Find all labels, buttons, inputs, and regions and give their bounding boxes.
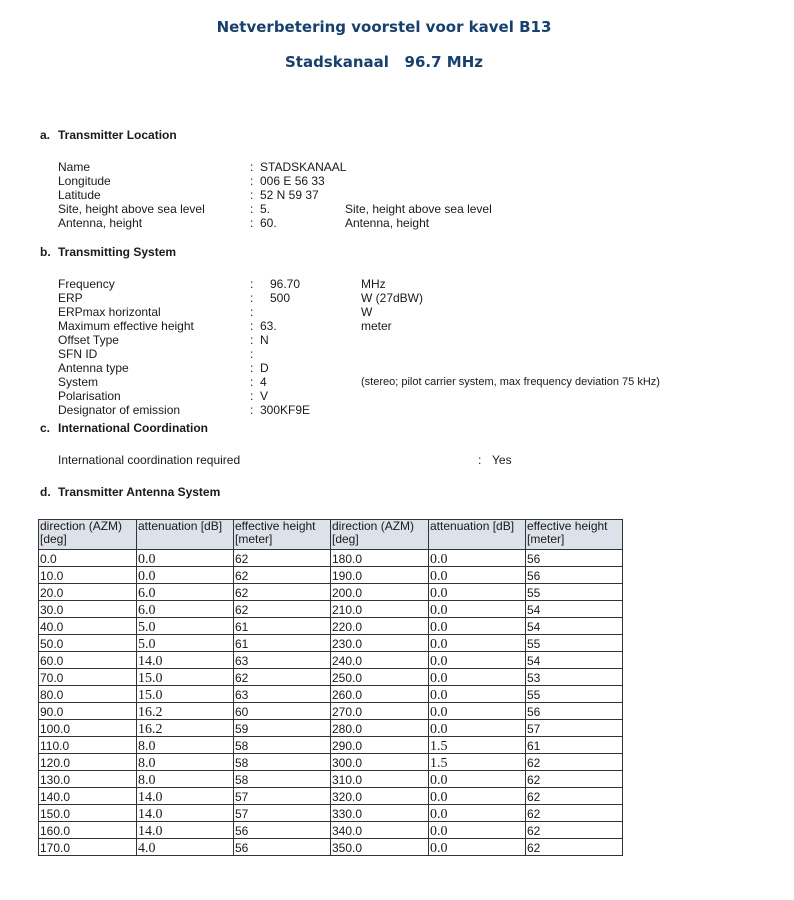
direction-cell: 140.0 (39, 788, 137, 805)
field-label: Latitude (58, 188, 101, 202)
attenuation-cell: 0.0 (429, 703, 526, 720)
attenuation-cell: 14.0 (137, 788, 234, 805)
effective-height-cell: 56 (234, 839, 331, 856)
effective-height-cell: 54 (526, 652, 623, 669)
column-header: effective height [meter] (526, 520, 623, 550)
field-unit: meter (361, 319, 392, 333)
direction-cell: 60.0 (39, 652, 137, 669)
table-row: 0.00.062180.00.056 (39, 550, 623, 567)
colon: : (250, 160, 253, 174)
attenuation-cell: 0.0 (429, 550, 526, 567)
attenuation-cell: 0.0 (429, 652, 526, 669)
field-label: System (58, 375, 98, 389)
field-note: (stereo; pilot carrier system, max frequ… (361, 375, 660, 389)
field-label: SFN ID (58, 347, 97, 361)
direction-cell: 150.0 (39, 805, 137, 822)
direction-cell: 0.0 (39, 550, 137, 567)
table-row: 80.015.063260.00.055 (39, 686, 623, 703)
effective-height-cell: 58 (234, 771, 331, 788)
direction-cell: 10.0 (39, 567, 137, 584)
attenuation-cell: 0.0 (429, 635, 526, 652)
colon: : (250, 375, 253, 389)
table-row: 90.016.260270.00.056 (39, 703, 623, 720)
field-label: Antenna type (58, 361, 129, 375)
direction-cell: 290.0 (331, 737, 429, 754)
effective-height-cell: 62 (526, 822, 623, 839)
field-value: 006 E 56 33 (260, 174, 325, 188)
attenuation-cell: 8.0 (137, 771, 234, 788)
section-title: Transmitter Location (58, 128, 177, 142)
direction-cell: 220.0 (331, 618, 429, 635)
field-value: 63. (260, 319, 277, 333)
field-unit: MHz (361, 277, 386, 291)
column-header: attenuation [dB] (137, 520, 234, 550)
colon: : (250, 361, 253, 375)
section-title: Transmitter Antenna System (58, 485, 220, 499)
effective-height-cell: 60 (234, 703, 331, 720)
section-b-heading: b.Transmitting System (40, 245, 176, 259)
colon: : (250, 333, 253, 347)
effective-height-cell: 56 (234, 822, 331, 839)
direction-cell: 210.0 (331, 601, 429, 618)
attenuation-cell: 14.0 (137, 805, 234, 822)
attenuation-cell: 15.0 (137, 686, 234, 703)
table-row: 150.014.057330.00.062 (39, 805, 623, 822)
attenuation-cell: 0.0 (429, 805, 526, 822)
table-header-row: direction (AZM) [deg]attenuation [dB]eff… (39, 520, 623, 550)
field-note: Site, height above sea level (345, 202, 492, 216)
direction-cell: 350.0 (331, 839, 429, 856)
colon: : (250, 216, 253, 230)
field-value: 96.70 (270, 277, 300, 291)
effective-height-cell: 55 (526, 635, 623, 652)
direction-cell: 280.0 (331, 720, 429, 737)
field-label: Longitude (58, 174, 111, 188)
section-c-heading: c.International Coordination (40, 421, 208, 435)
colon: : (250, 389, 253, 403)
attenuation-cell: 14.0 (137, 652, 234, 669)
table-row: 170.04.056350.00.062 (39, 839, 623, 856)
field-label: Designator of emission (58, 403, 180, 417)
document-subtitle: Stadskanaal 96.7 MHz (0, 53, 768, 71)
attenuation-cell: 0.0 (429, 618, 526, 635)
effective-height-cell: 57 (526, 720, 623, 737)
antenna-pattern-table: direction (AZM) [deg]attenuation [dB]eff… (38, 519, 623, 856)
field-unit: W (27dBW) (361, 291, 423, 305)
effective-height-cell: 53 (526, 669, 623, 686)
coordination-label: International coordination required (58, 453, 240, 467)
direction-cell: 180.0 (331, 550, 429, 567)
effective-height-cell: 62 (526, 771, 623, 788)
attenuation-cell: 5.0 (137, 635, 234, 652)
direction-cell: 40.0 (39, 618, 137, 635)
section-letter: b. (40, 245, 58, 259)
direction-cell: 300.0 (331, 754, 429, 771)
table-row: 60.014.063240.00.054 (39, 652, 623, 669)
direction-cell: 340.0 (331, 822, 429, 839)
direction-cell: 80.0 (39, 686, 137, 703)
column-header: direction (AZM) [deg] (331, 520, 429, 550)
attenuation-cell: 1.5 (429, 754, 526, 771)
direction-cell: 170.0 (39, 839, 137, 856)
colon: : (250, 291, 253, 305)
field-label: Antenna, height (58, 216, 142, 230)
effective-height-cell: 58 (234, 754, 331, 771)
field-label: Polarisation (58, 389, 121, 403)
attenuation-cell: 6.0 (137, 601, 234, 618)
direction-cell: 90.0 (39, 703, 137, 720)
attenuation-cell: 15.0 (137, 669, 234, 686)
document-title: Netverbetering voorstel voor kavel B13 (0, 18, 768, 36)
direction-cell: 160.0 (39, 822, 137, 839)
attenuation-cell: 16.2 (137, 703, 234, 720)
table-row: 10.00.062190.00.056 (39, 567, 623, 584)
colon: : (478, 453, 481, 467)
attenuation-cell: 8.0 (137, 754, 234, 771)
table-row: 30.06.062210.00.054 (39, 601, 623, 618)
direction-cell: 20.0 (39, 584, 137, 601)
coordination-row: International coordination required : Ye… (58, 453, 528, 467)
field-label: Offset Type (58, 333, 119, 347)
section-d-heading: d.Transmitter Antenna System (40, 485, 220, 499)
direction-cell: 270.0 (331, 703, 429, 720)
field-label: Site, height above sea level (58, 202, 205, 216)
field-value: STADSKANAAL (260, 160, 346, 174)
field-value: 500 (270, 291, 290, 305)
effective-height-cell: 62 (234, 601, 331, 618)
table-row: 20.06.062200.00.055 (39, 584, 623, 601)
table-row: 70.015.062250.00.053 (39, 669, 623, 686)
effective-height-cell: 62 (234, 584, 331, 601)
attenuation-cell: 14.0 (137, 822, 234, 839)
field-note: Antenna, height (345, 216, 429, 230)
field-label: Name (58, 160, 90, 174)
effective-height-cell: 58 (234, 737, 331, 754)
direction-cell: 330.0 (331, 805, 429, 822)
attenuation-cell: 0.0 (429, 567, 526, 584)
effective-height-cell: 57 (234, 788, 331, 805)
table-row: 40.05.061220.00.054 (39, 618, 623, 635)
attenuation-cell: 0.0 (429, 669, 526, 686)
direction-cell: 70.0 (39, 669, 137, 686)
attenuation-cell: 1.5 (429, 737, 526, 754)
direction-cell: 260.0 (331, 686, 429, 703)
effective-height-cell: 59 (234, 720, 331, 737)
colon: : (250, 305, 253, 319)
attenuation-cell: 0.0 (137, 567, 234, 584)
field-label: ERP (58, 291, 83, 305)
colon: : (250, 347, 253, 361)
table-row: 140.014.057320.00.062 (39, 788, 623, 805)
direction-cell: 320.0 (331, 788, 429, 805)
attenuation-cell: 6.0 (137, 584, 234, 601)
effective-height-cell: 54 (526, 601, 623, 618)
effective-height-cell: 61 (526, 737, 623, 754)
direction-cell: 30.0 (39, 601, 137, 618)
effective-height-cell: 62 (526, 805, 623, 822)
field-value: 4 (260, 375, 267, 389)
direction-cell: 50.0 (39, 635, 137, 652)
attenuation-cell: 0.0 (137, 550, 234, 567)
field-value: 5. (260, 202, 270, 216)
effective-height-cell: 62 (234, 567, 331, 584)
field-value: 52 N 59 37 (260, 188, 319, 202)
effective-height-cell: 62 (526, 754, 623, 771)
field-label: Maximum effective height (58, 319, 194, 333)
colon: : (250, 277, 253, 291)
table-row: 160.014.056340.00.062 (39, 822, 623, 839)
effective-height-cell: 55 (526, 584, 623, 601)
column-header: effective height [meter] (234, 520, 331, 550)
attenuation-cell: 16.2 (137, 720, 234, 737)
effective-height-cell: 55 (526, 686, 623, 703)
effective-height-cell: 63 (234, 686, 331, 703)
direction-cell: 130.0 (39, 771, 137, 788)
direction-cell: 250.0 (331, 669, 429, 686)
attenuation-cell: 0.0 (429, 771, 526, 788)
effective-height-cell: 63 (234, 652, 331, 669)
table-row: 120.08.058300.01.562 (39, 754, 623, 771)
attenuation-cell: 0.0 (429, 686, 526, 703)
effective-height-cell: 62 (526, 839, 623, 856)
effective-height-cell: 56 (526, 567, 623, 584)
attenuation-cell: 4.0 (137, 839, 234, 856)
effective-height-cell: 62 (234, 550, 331, 567)
direction-cell: 230.0 (331, 635, 429, 652)
section-title: Transmitting System (58, 245, 176, 259)
colon: : (250, 174, 253, 188)
section-title: International Coordination (58, 421, 208, 435)
direction-cell: 120.0 (39, 754, 137, 771)
section-letter: c. (40, 421, 58, 435)
direction-cell: 310.0 (331, 771, 429, 788)
effective-height-cell: 56 (526, 550, 623, 567)
coordination-value: Yes (492, 453, 512, 467)
section-letter: a. (40, 128, 58, 142)
field-unit: W (361, 305, 372, 319)
effective-height-cell: 56 (526, 703, 623, 720)
effective-height-cell: 61 (234, 635, 331, 652)
attenuation-cell: 0.0 (429, 839, 526, 856)
section-a-heading: a.Transmitter Location (40, 128, 177, 142)
direction-cell: 240.0 (331, 652, 429, 669)
attenuation-cell: 0.0 (429, 720, 526, 737)
attenuation-cell: 0.0 (429, 822, 526, 839)
table-row: 130.08.058310.00.062 (39, 771, 623, 788)
effective-height-cell: 61 (234, 618, 331, 635)
direction-cell: 110.0 (39, 737, 137, 754)
field-value: N (260, 333, 269, 347)
column-header: attenuation [dB] (429, 520, 526, 550)
table-row: 110.08.058290.01.561 (39, 737, 623, 754)
direction-cell: 100.0 (39, 720, 137, 737)
attenuation-cell: 0.0 (429, 788, 526, 805)
colon: : (250, 188, 253, 202)
direction-cell: 190.0 (331, 567, 429, 584)
section-letter: d. (40, 485, 58, 499)
attenuation-cell: 8.0 (137, 737, 234, 754)
attenuation-cell: 0.0 (429, 601, 526, 618)
effective-height-cell: 62 (234, 669, 331, 686)
field-value: V (260, 389, 268, 403)
field-value: 300KF9E (260, 403, 310, 417)
column-header: direction (AZM) [deg] (39, 520, 137, 550)
field-value: 60. (260, 216, 277, 230)
field-label: Frequency (58, 277, 115, 291)
colon: : (250, 319, 253, 333)
direction-cell: 200.0 (331, 584, 429, 601)
effective-height-cell: 54 (526, 618, 623, 635)
table-row: 100.016.259280.00.057 (39, 720, 623, 737)
effective-height-cell: 57 (234, 805, 331, 822)
attenuation-cell: 0.0 (429, 584, 526, 601)
colon: : (250, 202, 253, 216)
table-row: 50.05.061230.00.055 (39, 635, 623, 652)
effective-height-cell: 62 (526, 788, 623, 805)
attenuation-cell: 5.0 (137, 618, 234, 635)
field-label: ERPmax horizontal (58, 305, 161, 319)
field-value: D (260, 361, 269, 375)
colon: : (250, 403, 253, 417)
